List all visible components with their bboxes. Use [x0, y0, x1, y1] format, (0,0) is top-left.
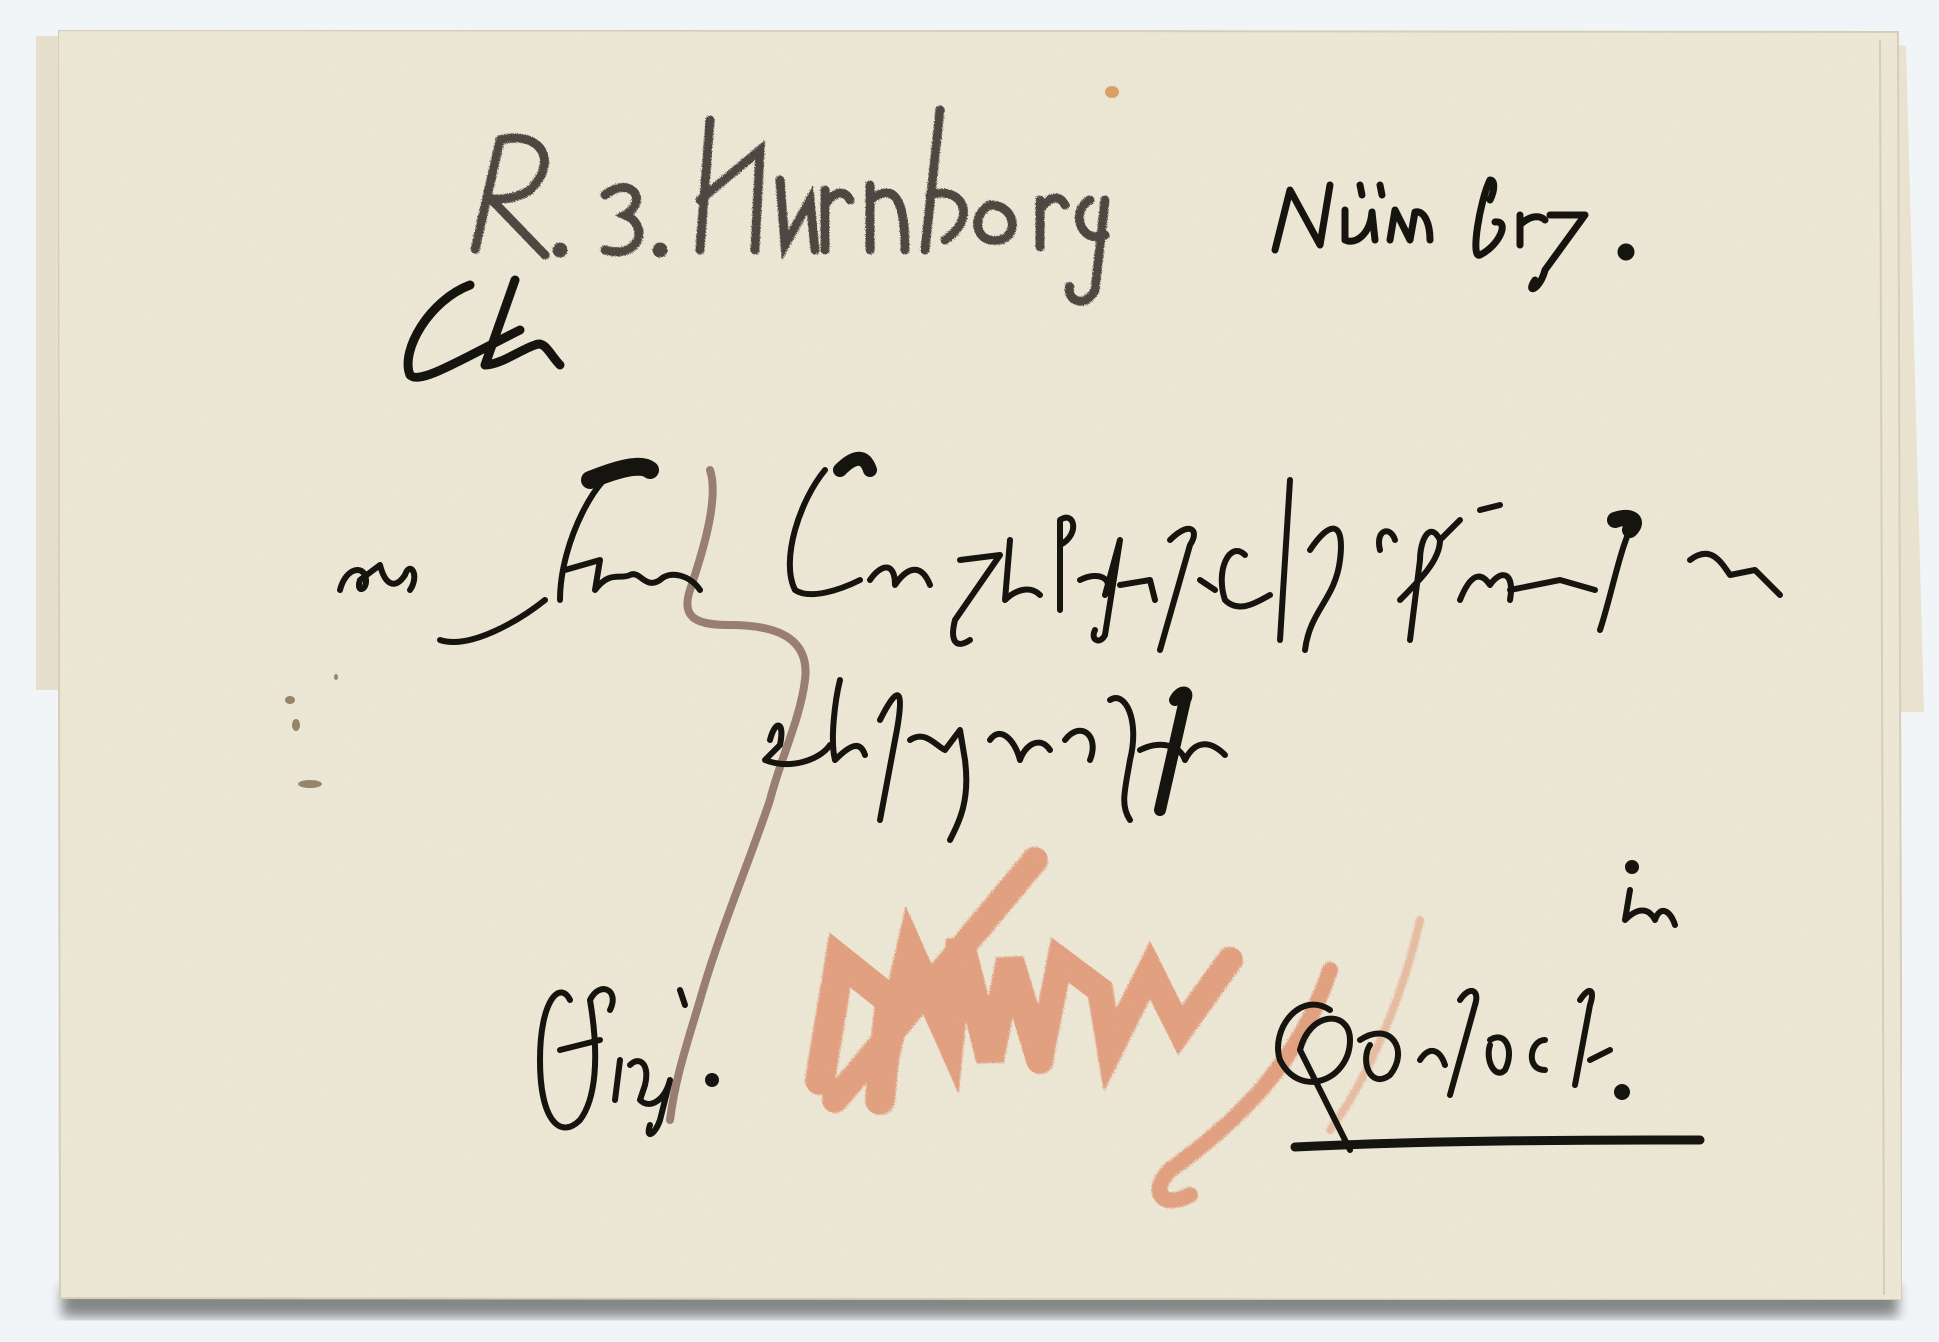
salutation-text: An	[409, 305, 492, 375]
brown-rate-text: 3	[690, 645, 728, 715]
postmark-text: R.3. Nürnberg	[480, 175, 920, 245]
cover-scan: R.3. Nürnberg Nürnberg. An des Herrn Kan…	[0, 0, 1939, 1342]
address-line1-text: des Herrn Kanzleyraths Eyßen	[340, 535, 1431, 617]
preposition-text: in	[1625, 889, 1664, 935]
destination-text: Rostock.	[1280, 1025, 1585, 1107]
red-crayon-text: franco	[860, 986, 1120, 1079]
franking-text: Frey.	[540, 1035, 691, 1105]
origin-note-text: Nürnberg.	[1275, 210, 1509, 261]
address-line2-text: Hochgeboren	[765, 700, 1246, 782]
